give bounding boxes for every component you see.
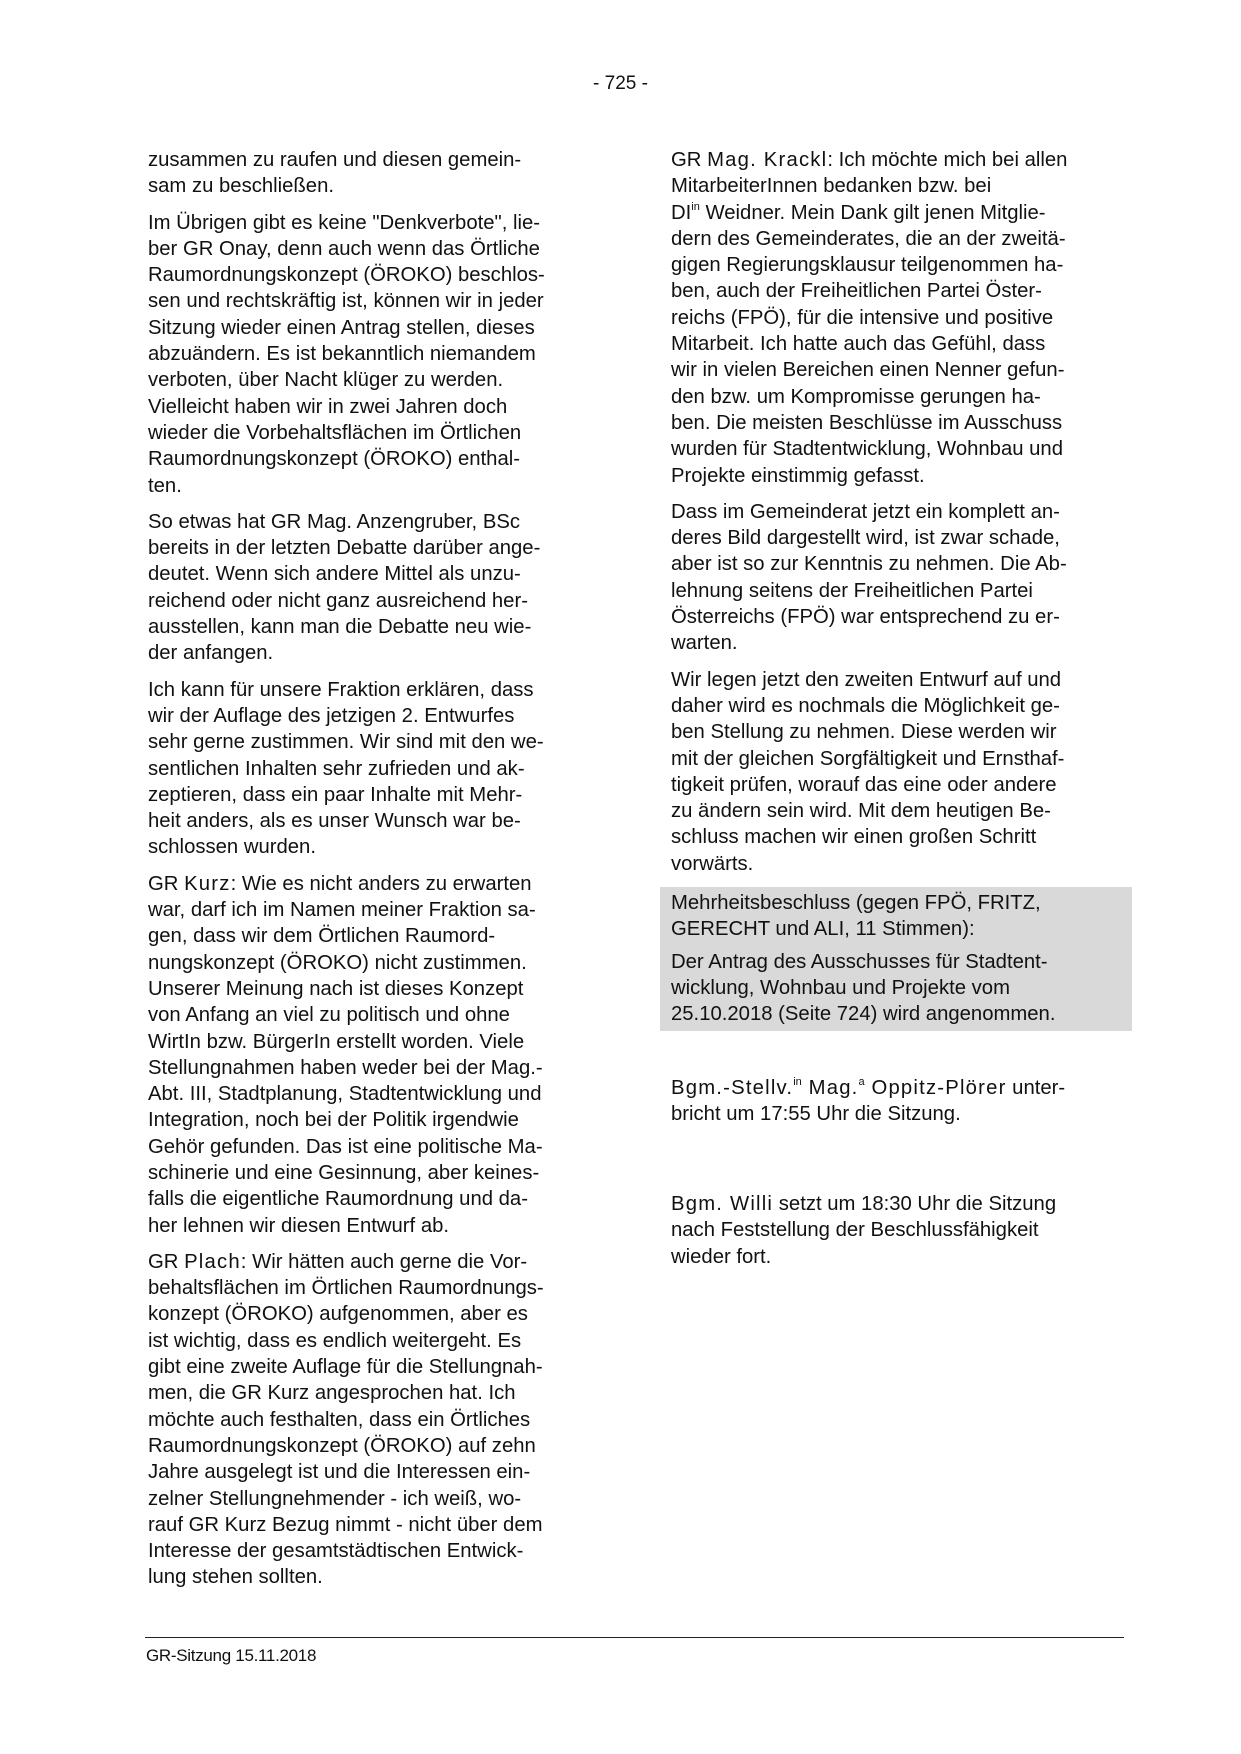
footer-session-date: GR-Sitzung 15.11.2018 <box>146 1645 316 1667</box>
speaker-title: Mag. <box>802 1077 859 1099</box>
speaker-name: Kurz <box>184 873 231 895</box>
right-column: GR Mag. Krackl: Ich möchte mich bei alle… <box>671 147 1121 1280</box>
speaker-prefix: GR <box>148 1251 184 1273</box>
speaker-title: Bgm.-Stellv. <box>671 1077 793 1099</box>
paragraph: zusammen zu raufen und diesen gemein- sa… <box>148 147 598 200</box>
speech-text: : Ich möchte mich bei allen <box>827 149 1067 171</box>
speech-text: : Wie es nicht anders zu erwarten war, d… <box>148 873 543 1237</box>
speaker-name: Mag. Krackl <box>707 149 827 171</box>
resolution-box: Mehrheitsbeschluss (gegen FPÖ, FRITZ, GE… <box>660 887 1132 1030</box>
speech-krackl: GR Mag. Krackl: Ich möchte mich bei alle… <box>671 147 1121 489</box>
title-superscript: in <box>691 201 700 213</box>
speech-text: : Wir hätten auch gerne die Vor- behalts… <box>148 1251 544 1589</box>
resolution-decision: Der Antrag des Ausschusses für Stadtent-… <box>671 949 1121 1028</box>
title-abbrev: DI <box>671 202 691 224</box>
paragraph: Dass im Gemeinderat jetzt ein komplett a… <box>671 499 1121 657</box>
paragraph: Ich kann für unsere Fraktion erklären, d… <box>148 677 598 861</box>
speaker-name: Plach <box>184 1251 241 1273</box>
speaker-prefix: GR <box>671 149 707 171</box>
title-superscript: in <box>793 1076 802 1088</box>
vote-result: Mehrheitsbeschluss (gegen FPÖ, FRITZ, GE… <box>671 890 1121 943</box>
speech-text: Weidner. Mein Dank gilt jenen Mitglie- d… <box>671 202 1066 487</box>
paragraph: Im Übrigen gibt es keine "Denkverbote", … <box>148 210 598 499</box>
speaker-name: Bgm. Willi <box>671 1193 773 1215</box>
paragraph: Wir legen jetzt den zweiten Entwurf auf … <box>671 667 1121 877</box>
paragraph: So etwas hat GR Mag. Anzengruber, BSc be… <box>148 509 598 667</box>
footer-divider <box>145 1637 1124 1638</box>
speech-kurz: GR Kurz: Wie es nicht anders zu erwarten… <box>148 871 598 1239</box>
left-column: zusammen zu raufen und diesen gemein- sa… <box>148 147 598 1601</box>
speech-text: MitarbeiterInnen bedanken bzw. bei <box>671 175 991 197</box>
session-interruption: Bgm.-Stellv.in Mag.a Oppitz-Plörer unter… <box>671 1075 1121 1128</box>
speech-plach: GR Plach: Wir hätten auch gerne die Vor-… <box>148 1249 598 1591</box>
session-resumption: Bgm. Willi setzt um 18:30 Uhr die Sitzun… <box>671 1191 1121 1270</box>
page-number: - 725 - <box>0 72 1241 96</box>
speaker-prefix: GR <box>148 873 184 895</box>
speaker-name: Oppitz-Plörer <box>865 1077 1007 1099</box>
